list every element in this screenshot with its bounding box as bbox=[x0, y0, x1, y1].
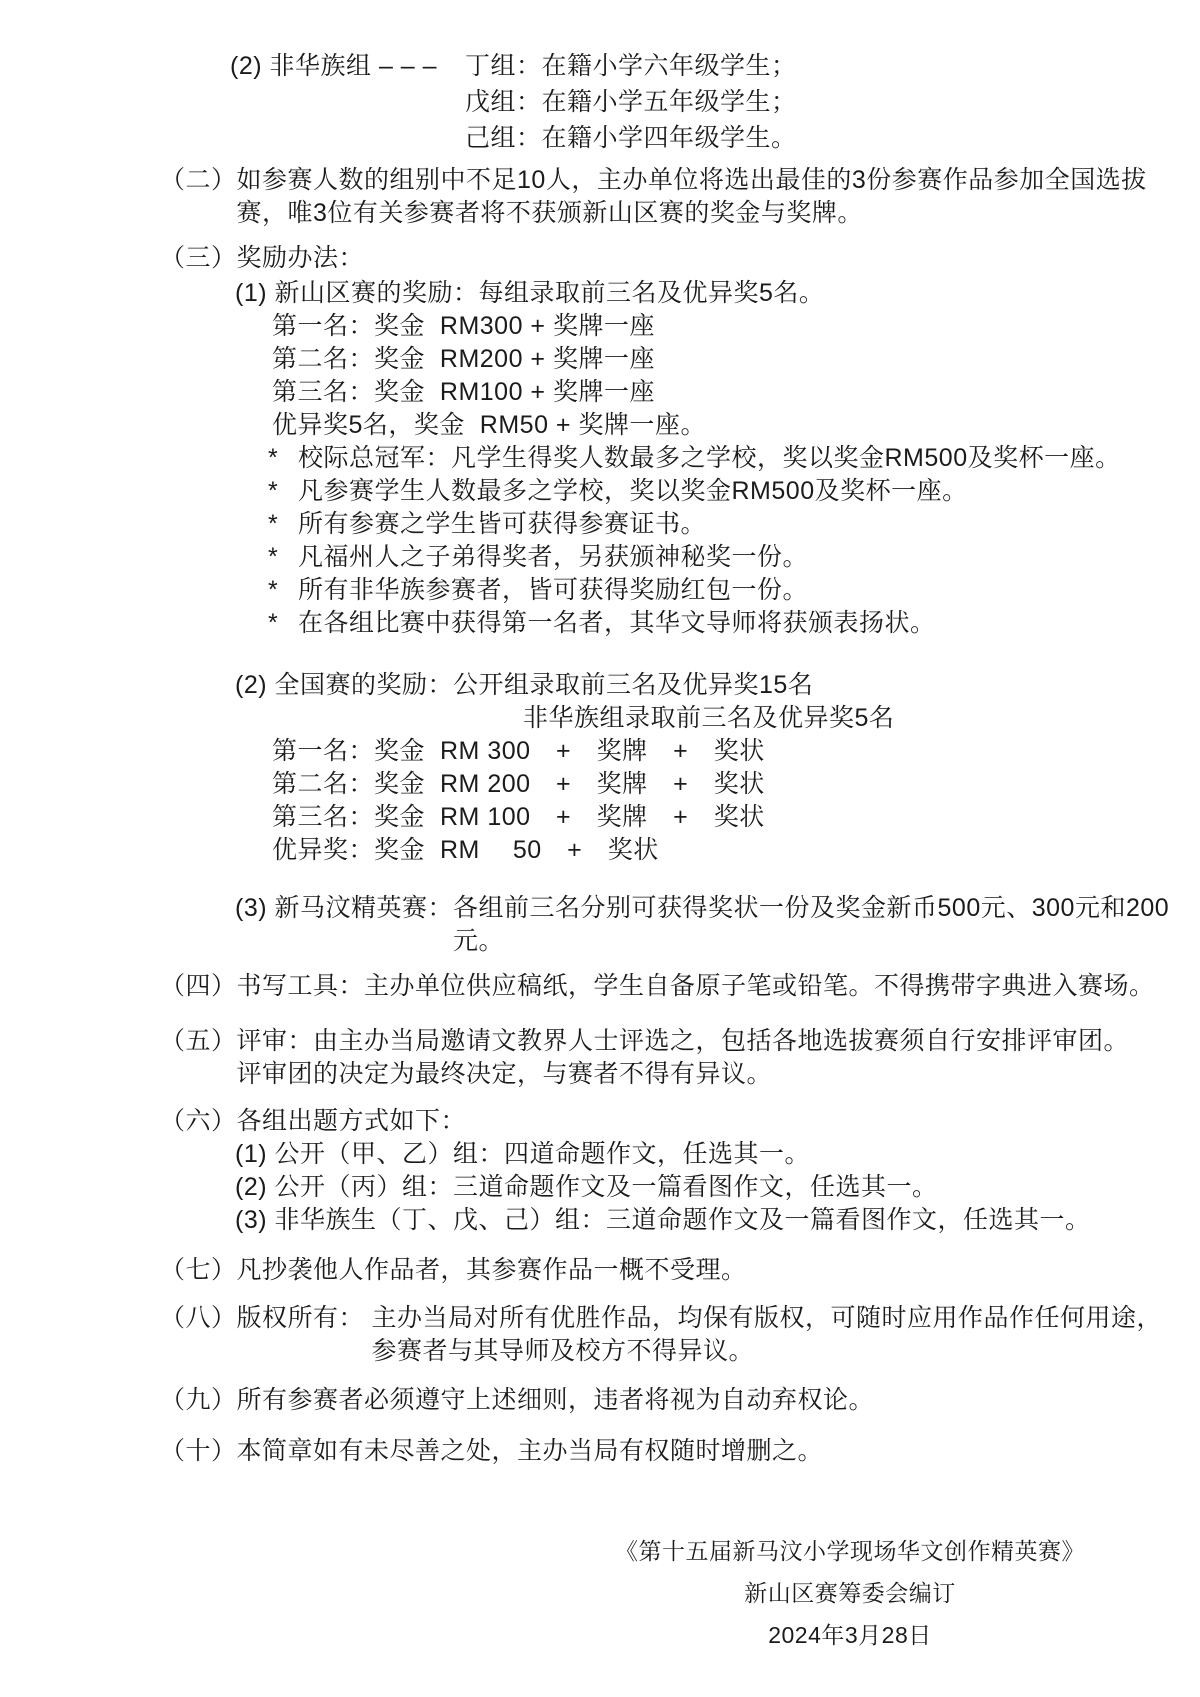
sub2-reward-4-value: RM 50 + 奖状 bbox=[440, 834, 659, 867]
clause-8-marker: （八） bbox=[160, 1302, 237, 1335]
sub3-block: (3) 新马汶精英赛： 各组前三名分别可获得奖状一份及奖金新币500元、300元… bbox=[235, 892, 1140, 958]
clause-2-line-1: 如参赛人数的组别中不足10人，主办单位将选出最佳的3份参赛作品参加全国选拔 bbox=[237, 164, 1140, 197]
sub1-reward-2: 第二名：奖金 RM200 + 奖牌一座 bbox=[272, 343, 1140, 376]
group-2-item-2: 戊组：在籍小学五年级学生； bbox=[230, 84, 1140, 120]
sub2-reward-2-value: RM 200 + 奖牌 + 奖状 bbox=[440, 768, 765, 801]
clause-5-line-2: 评审团的决定为最终决定，与赛者不得有异议。 bbox=[237, 1058, 1140, 1091]
sub2-reward-4-label: 优异奖：奖金 bbox=[272, 834, 440, 867]
document-content: (2) 非华族组 – – – 丁组：在籍小学六年级学生； 戊组：在籍小学五年级学… bbox=[0, 0, 1200, 1656]
clause-5-marker: （五） bbox=[160, 1025, 237, 1058]
sub3-line-2: 元。 bbox=[453, 925, 1140, 958]
sub2-reward-4: 优异奖：奖金 RM 50 + 奖状 bbox=[272, 834, 1140, 867]
sub1-note-6-text: 在各组比赛中获得第一名者，其华文导师将获颁表扬状。 bbox=[298, 607, 936, 640]
sub2-reward-1-label: 第一名：奖金 bbox=[272, 735, 440, 768]
clause-6-item-1: (1) 公开（甲、乙）组：四道命题作文，任选其一。 bbox=[235, 1138, 1140, 1171]
sub1-note-1-text: 校际总冠军：凡学生得奖人数最多之学校，奖以奖金RM500及奖杯一座。 bbox=[298, 442, 1121, 475]
clause-8-row-1: 版权所有： 主办当局对所有优胜作品，均保有版权，可随时应用作品作任何用途， bbox=[237, 1302, 1140, 1335]
footer-committee: 新山区赛筹委会编订 bbox=[600, 1572, 1100, 1614]
sub1-note-3-text: 所有参赛之学生皆可获得参赛证书。 bbox=[298, 508, 706, 541]
sub1-note-1: * 校际总冠军：凡学生得奖人数最多之学校，奖以奖金RM500及奖杯一座。 bbox=[268, 442, 1140, 475]
sub3-line-1: 各组前三名分别可获得奖状一份及奖金新币500元、300元和200 bbox=[453, 892, 1140, 925]
clause-4-marker: （四） bbox=[160, 970, 237, 1003]
sub3-label: (3) 新马汶精英赛： bbox=[235, 892, 453, 925]
clause-7-marker: （七） bbox=[160, 1254, 237, 1287]
clause-2: （二） 如参赛人数的组别中不足10人，主办单位将选出最佳的3份参赛作品参加全国选… bbox=[160, 164, 1140, 230]
sub1-note-4-text: 凡福州人之子弟得奖者，另获颁神秘奖一份。 bbox=[298, 541, 808, 574]
clause-2-line-2: 赛，唯3位有关参赛者将不获颁新山区赛的奖金与奖牌。 bbox=[237, 197, 1140, 230]
sub1-note-6: * 在各组比赛中获得第一名者，其华文导师将获颁表扬状。 bbox=[268, 607, 1140, 640]
group-2-block: (2) 非华族组 – – – 丁组：在籍小学六年级学生； 戊组：在籍小学五年级学… bbox=[160, 48, 1140, 156]
sub2-header-line-1: 公开组录取前三名及优异奖15名 bbox=[453, 669, 813, 702]
sub1-note-2-text: 凡参赛学生人数最多之学校，奖以奖金RM500及奖杯一座。 bbox=[298, 475, 968, 508]
clause-4-text: 书写工具：主办单位供应稿纸，学生自备原子笔或铅笔。不得携带字典进入赛场。 bbox=[237, 970, 1140, 1003]
clause-8-line-2: 参赛者与其导师及校方不得异议。 bbox=[372, 1335, 1140, 1368]
clause-3: （三） 奖励办法： bbox=[160, 242, 1140, 275]
group-2-row-1: (2) 非华族组 – – – 丁组：在籍小学六年级学生； bbox=[230, 48, 1140, 84]
clause-8-label: 版权所有： bbox=[237, 1302, 372, 1335]
clause-10-text: 本简章如有未尽善之处，主办当局有权随时增删之。 bbox=[237, 1435, 1140, 1468]
clause-6-title: 各组出题方式如下： bbox=[237, 1105, 1140, 1138]
clause-6-item-3: (3) 非华族生（丁、戊、己）组：三道命题作文及一篇看图作文，任选其一。 bbox=[235, 1204, 1140, 1237]
group-2-item-1: 丁组：在籍小学六年级学生； bbox=[465, 48, 797, 84]
clause-6-item-2: (2) 公开（丙）组：三道命题作文及一篇看图作文，任选其一。 bbox=[235, 1171, 1140, 1204]
clause-9-marker: （九） bbox=[160, 1384, 237, 1417]
clause-3-title: 奖励办法： bbox=[237, 242, 1140, 275]
sub1-reward-1: 第一名：奖金 RM300 + 奖牌一座 bbox=[272, 310, 1140, 343]
sub1-note-3: * 所有参赛之学生皆可获得参赛证书。 bbox=[268, 508, 1140, 541]
sub1-note-5-text: 所有非华族参赛者，皆可获得奖励红包一份。 bbox=[298, 574, 808, 607]
asterisk-bullet: * bbox=[268, 442, 298, 475]
sub1-note-4: * 凡福州人之子弟得奖者，另获颁神秘奖一份。 bbox=[268, 541, 1140, 574]
clause-7-text: 凡抄袭他人作品者，其参赛作品一概不受理。 bbox=[237, 1254, 1140, 1287]
clause-2-marker: （二） bbox=[160, 164, 237, 197]
clause-9-text: 所有参赛者必须遵守上述细则，违者将视为自动弃权论。 bbox=[237, 1384, 1140, 1417]
clause-5: （五） 评审：由主办当局邀请文教界人士评选之，包括各地选拔赛须自行安排评审团。 … bbox=[160, 1025, 1140, 1091]
asterisk-bullet: * bbox=[268, 508, 298, 541]
sub1-header: (1) 新山区赛的奖励：每组录取前三名及优异奖5名。 bbox=[235, 277, 1140, 310]
group-2-item-3: 己组：在籍小学四年级学生。 bbox=[230, 120, 1140, 156]
clause-7: （七） 凡抄袭他人作品者，其参赛作品一概不受理。 bbox=[160, 1254, 1140, 1287]
asterisk-bullet: * bbox=[268, 475, 298, 508]
clause-8-body: 版权所有： 主办当局对所有优胜作品，均保有版权，可随时应用作品作任何用途， 参赛… bbox=[237, 1302, 1140, 1368]
clause-6: （六） 各组出题方式如下： bbox=[160, 1105, 1140, 1138]
group-2-label: (2) 非华族组 – – – bbox=[230, 48, 465, 84]
sub2-reward-3-value: RM 100 + 奖牌 + 奖状 bbox=[440, 801, 765, 834]
asterisk-bullet: * bbox=[268, 541, 298, 574]
document-page: (2) 非华族组 – – – 丁组：在籍小学六年级学生； 戊组：在籍小学五年级学… bbox=[0, 0, 1200, 1697]
footer-competition-title: 《第十五届新马汶小学现场华文创作精英赛》 bbox=[600, 1530, 1100, 1572]
sub1-note-5: * 所有非华族参赛者，皆可获得奖励红包一份。 bbox=[268, 574, 1140, 607]
clause-5-body: 评审：由主办当局邀请文教界人士评选之，包括各地选拔赛须自行安排评审团。 评审团的… bbox=[237, 1025, 1140, 1091]
sub2-header-line-2: 非华族组录取前三名及优异奖5名 bbox=[523, 702, 1140, 735]
clause-10-marker: （十） bbox=[160, 1435, 237, 1468]
sub1-reward-3: 第三名：奖金 RM100 + 奖牌一座 bbox=[272, 376, 1140, 409]
sub3-body: 各组前三名分别可获得奖状一份及奖金新币500元、300元和200 元。 bbox=[453, 892, 1140, 958]
clause-6-marker: （六） bbox=[160, 1105, 237, 1138]
sub2-reward-1: 第一名：奖金 RM 300 + 奖牌 + 奖状 bbox=[272, 735, 1140, 768]
sub2-reward-1-value: RM 300 + 奖牌 + 奖状 bbox=[440, 735, 765, 768]
clause-8-line-1: 主办当局对所有优胜作品，均保有版权，可随时应用作品作任何用途， bbox=[372, 1302, 1163, 1335]
sub2-reward-2-label: 第二名：奖金 bbox=[272, 768, 440, 801]
sub2-reward-3-label: 第三名：奖金 bbox=[272, 801, 440, 834]
asterisk-bullet: * bbox=[268, 574, 298, 607]
sub2-header-row: (2) 全国赛的奖励： 公开组录取前三名及优异奖15名 bbox=[235, 669, 1140, 702]
sub1-note-2: * 凡参赛学生人数最多之学校，奖以奖金RM500及奖杯一座。 bbox=[268, 475, 1140, 508]
sub2-reward-2: 第二名：奖金 RM 200 + 奖牌 + 奖状 bbox=[272, 768, 1140, 801]
sub2-block: (2) 全国赛的奖励： 公开组录取前三名及优异奖15名 非华族组录取前三名及优异… bbox=[235, 669, 1140, 735]
clause-5-line-1: 评审：由主办当局邀请文教界人士评选之，包括各地选拔赛须自行安排评审团。 bbox=[237, 1025, 1140, 1058]
clause-3-marker: （三） bbox=[160, 242, 237, 275]
sub1-reward-4: 优异奖5名，奖金 RM50 + 奖牌一座。 bbox=[272, 409, 1140, 442]
sub2-label: (2) 全国赛的奖励： bbox=[235, 669, 453, 702]
footer-date: 2024年3月28日 bbox=[600, 1614, 1100, 1656]
clause-2-body: 如参赛人数的组别中不足10人，主办单位将选出最佳的3份参赛作品参加全国选拔 赛，… bbox=[237, 164, 1140, 230]
clause-9: （九） 所有参赛者必须遵守上述细则，违者将视为自动弃权论。 bbox=[160, 1384, 1140, 1417]
sub2-reward-3: 第三名：奖金 RM 100 + 奖牌 + 奖状 bbox=[272, 801, 1140, 834]
asterisk-bullet: * bbox=[268, 607, 298, 640]
document-footer: 《第十五届新马汶小学现场华文创作精英赛》 新山区赛筹委会编订 2024年3月28… bbox=[600, 1530, 1100, 1656]
clause-8: （八） 版权所有： 主办当局对所有优胜作品，均保有版权，可随时应用作品作任何用途… bbox=[160, 1302, 1140, 1368]
clause-4: （四） 书写工具：主办单位供应稿纸，学生自备原子笔或铅笔。不得携带字典进入赛场。 bbox=[160, 970, 1140, 1003]
clause-10: （十） 本简章如有未尽善之处，主办当局有权随时增删之。 bbox=[160, 1435, 1140, 1468]
